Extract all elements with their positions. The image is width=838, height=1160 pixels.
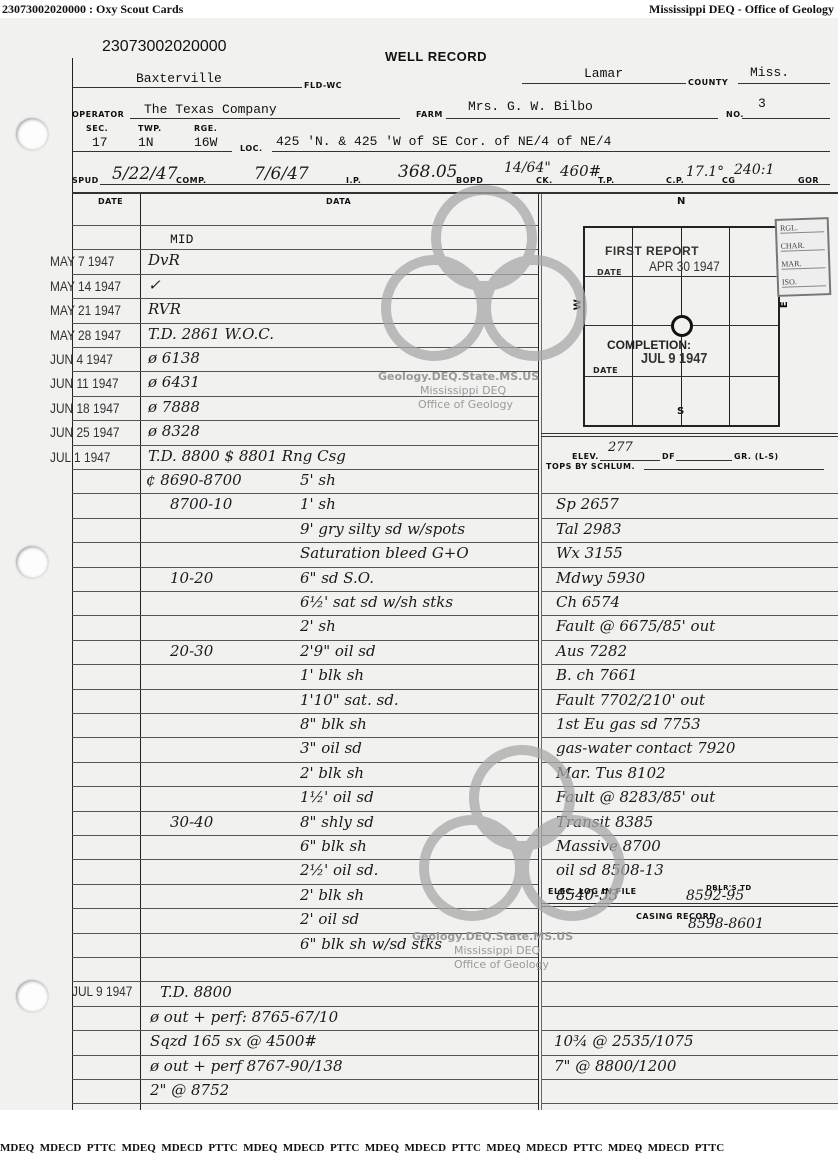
map-north-label: N [677,196,686,207]
ruled-line [72,1006,538,1007]
log-entry-data: DvR [148,251,180,269]
core-interval: 20-30 [170,642,213,660]
log-entry-date: MAY 14 1947 [50,278,121,294]
core-description: 8" blk sh [300,715,367,733]
log-entry-data: ø 8328 [148,422,200,440]
formation-top: Mdwy 5930 [556,569,645,587]
core-description: 8" shly sd [300,813,374,831]
ruled-line [542,591,838,592]
form-title: WELL RECORD [385,49,487,64]
perf-extra: 8592-95 [686,888,744,904]
ruled-line [542,689,838,690]
core-description: 1' blk sh [300,666,364,684]
farm-value: Mrs. G. W. Bilbo [468,99,593,114]
twp-value: 1N [138,135,154,150]
log-entry-date: JUN 18 1947 [50,400,119,416]
log-entry-date: MAY 21 1947 [50,302,121,318]
gravity-value: 17.1° [686,164,724,180]
review-stamp-row: ISO. [782,276,826,288]
field-label: FLD-WC [304,81,342,90]
operator-value: The Texas Company [144,102,277,117]
log-entry-date: JUN 25 1947 [50,424,119,440]
mdeq-logo-icon [372,178,602,378]
gr-label: GR. (L-S) [734,452,779,461]
casing-extra: 8598-8601 [688,916,764,932]
core-description: 6½' sat sd w/sh stks [300,593,453,611]
core-description: 2' blk sh [300,764,364,782]
ruled-line [72,1055,538,1056]
mid-label: MID [170,232,193,247]
first-report-label: FIRST REPORT [605,244,699,258]
farm-label: FARM [416,110,443,119]
core-description: 1½' oil sd [300,788,374,806]
ruled-line [72,1079,538,1080]
state-value: Miss. [750,65,789,80]
ruled-line [542,957,838,958]
formation-top: Fault @ 6675/85' out [556,617,715,635]
ruled-line [72,1030,538,1031]
ruled-line [72,518,538,519]
core-description: 6" blk sh [300,837,367,855]
formation-top: Tal 2983 [556,520,622,538]
formation-top: Fault 7702/210' out [556,691,705,709]
document-title: 23073002020000 : Oxy Scout Cards [2,2,183,17]
log-entry-date: JUN 11 1947 [50,375,119,391]
formation-top: Wx 3155 [556,544,623,562]
core-description: 2' oil sd [300,910,359,928]
log-entry-data: RVR [148,300,181,318]
elev-label: ELEV. [572,452,599,461]
date-column-divider [140,194,141,1110]
casing-entry: 7" @ 8800/1200 [554,1057,676,1075]
field-value: Baxterville [136,71,222,86]
sec-label: SEC. [86,124,108,133]
ruled-line [72,981,538,982]
watermark-office: Office of Geology [418,398,513,411]
ruled-line [542,615,838,616]
review-stamp-row: MAR. [781,258,825,270]
ruled-line [72,713,538,714]
ruled-line [72,420,538,421]
loc-value: 425 'N. & 425 'W of SE Cor. of NE/4 of N… [276,134,611,149]
core-description: 2' blk sh [300,886,364,904]
formation-top: B. ch 7661 [556,666,638,684]
ruled-line [542,640,838,641]
watermark-url: Geology.DEQ.State.MS.US [412,930,573,943]
log-entry-date: JUN 4 1947 [50,351,113,367]
rge-value: 16W [194,135,217,150]
formation-top: Sp 2657 [556,495,619,513]
ruled-line [72,640,538,641]
ruled-line [542,493,838,494]
choke-value: 14/64" [504,160,551,176]
core-description: 3" oil sd [300,739,362,757]
core-description: 1'10" sat. sd. [300,691,399,709]
log-entry-data: 2" @ 8752 [150,1081,229,1099]
ruled-line [72,591,538,592]
gor-value: 240:1 [734,162,774,178]
ruled-line [542,567,838,568]
ruled-line [72,493,538,494]
watermark-url: Geology.DEQ.State.MS.US [378,370,539,383]
core-description: 6" sd S.O. [300,569,374,587]
core-description: 5' sh [300,471,336,489]
core-description: 2'9" oil sd [300,642,376,660]
sec-value: 17 [92,135,108,150]
ruled-line [72,469,538,470]
ruled-line [542,1079,838,1080]
twp-label: TWP. [138,124,162,133]
loc-label: LOC. [240,144,263,153]
ruled-line [542,518,838,519]
spud-label: SPUD [72,176,99,185]
review-stamp: RGL.CHAR.MAR.ISO. [775,217,832,297]
formation-top: 1st Eu gas sd 7753 [556,715,701,733]
ruled-line [542,713,838,714]
footer-sponsors: MDEQ MDECD PTTC MDEQ MDECD PTTC MDEQ MDE… [0,1142,724,1154]
rge-label: RGE. [194,124,217,133]
date-column-header: DATE [98,197,123,206]
core-description: 1' sh [300,495,336,513]
operator-label: OPERATOR [72,110,124,119]
ruled-line [72,1103,538,1104]
log-entry-date: MAY 28 1947 [50,327,121,343]
watermark-office: Office of Geology [454,958,549,971]
log-entry-data: T.D. 8800 $ 8801 Rng Csg [148,447,346,465]
core-description: 2½' oil sd. [300,861,378,879]
ruled-line [72,542,538,543]
punch-hole-icon [16,118,48,150]
viewer-footer: MDEQ MDECD PTTC MDEQ MDECD PTTC MDEQ MDE… [0,1142,838,1160]
scout-card: 23073002020000 WELL RECORD Baxterville F… [0,18,838,1110]
review-stamp-row: CHAR. [780,240,824,252]
ruled-line [542,981,838,982]
log-entry-data: ø out + perf: 8765-67/10 [150,1008,338,1026]
location-plat-map: FIRST REPORT DATE APR 30 1947 COMPLETION… [583,226,780,427]
log-entry-data: ø 6431 [148,373,200,391]
ruled-line [542,664,838,665]
core-interval: 10-20 [170,569,213,587]
core-description: 9' gry silty sd w/spots [300,520,465,538]
core-interval: 30-40 [170,813,213,831]
first-report-date: APR 30 1947 [649,258,720,274]
log-entry-data: ✓ [148,276,161,294]
log-entry-date: MAY 7 1947 [50,253,114,269]
log-entry-data: ø 7888 [148,398,200,416]
card-left-border [72,58,73,1110]
ruled-line [542,1006,838,1007]
watermark-agency: Mississippi DEQ [454,944,540,957]
formation-top: Ch 6574 [556,593,620,611]
spud-value: 5/22/47 [112,164,178,184]
ruled-line [72,615,538,616]
county-label: COUNTY [688,78,728,87]
county-value: Lamar [584,66,623,81]
comp-value: 7/6/47 [254,164,309,184]
log-entry-data: T.D. 8800 [160,983,232,1001]
core-description: Saturation bleed G+O [300,544,469,562]
viewer-header: 23073002020000 : Oxy Scout Cards Mississ… [0,0,838,18]
log-entry-data: ø 6138 [148,349,200,367]
completion-date: JUL 9 1947 [641,350,707,367]
ruled-line [542,1055,838,1056]
well-location-icon [671,315,693,337]
review-stamp-row: RGL. [780,222,824,234]
core-description: 2' sh [300,617,336,635]
data-column-header: DATA [326,197,351,206]
formation-top: Aus 7282 [556,642,627,660]
watermark-agency: Mississippi DEQ [420,384,506,397]
casing-entry: 10¾ @ 2535/1075 [554,1032,694,1050]
ruled-line [542,542,838,543]
ruled-line [72,445,538,446]
map-east-label: E [779,301,790,308]
df-label: DF [662,452,675,461]
api-number: 23073002020000 [102,38,227,56]
ruled-line [542,1103,838,1104]
source-title: Mississippi DEQ - Office of Geology [649,2,834,17]
punch-hole-icon [16,980,48,1012]
ruled-line [72,689,538,690]
log-entry-date: JUL 9 1947 [72,983,132,999]
core-interval: ¢ 8690-8700 [146,471,242,489]
elev-value: 277 [608,440,633,455]
punch-hole-icon [16,546,48,578]
well-no-value: 3 [758,96,766,111]
log-entry-data: Sqzd 165 sx @ 4500# [150,1032,317,1050]
core-interval: 8700-10 [170,495,232,513]
log-entry-data: ø out + perf 8767-90/138 [150,1057,343,1075]
ruled-line [542,1030,838,1031]
ruled-line [72,664,538,665]
log-entry-date: JUL 1 1947 [50,449,110,465]
mdeq-logo-icon [410,738,640,938]
ruled-line [72,567,538,568]
log-entry-data: T.D. 2861 W.O.C. [148,325,274,343]
tops-label: TOPS BY SCHLUM. [546,462,635,471]
